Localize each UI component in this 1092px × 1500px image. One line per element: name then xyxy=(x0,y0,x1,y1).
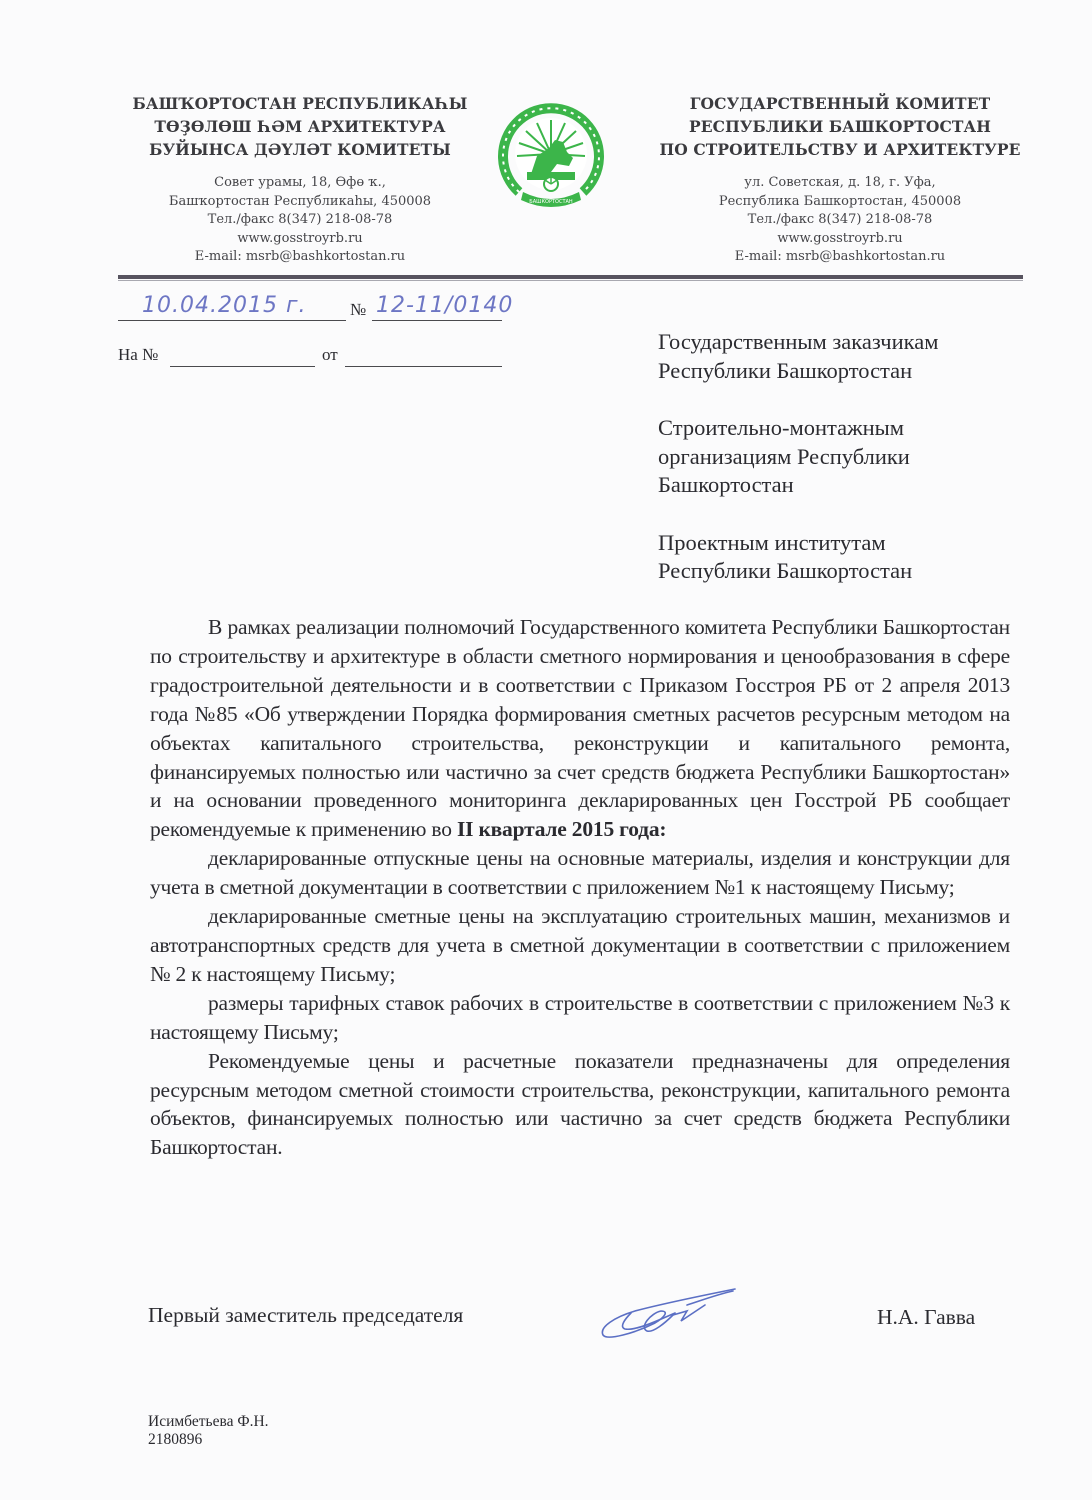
letterhead-right-address: ул. Советская, д. 18, г. Уфа, Республика… xyxy=(640,174,1040,267)
addressee-design-institutes: Проектным институтам Республики Башкорто… xyxy=(658,529,1038,586)
letterhead-left-title: БАШҠОРТОСТАН РЕСПУБЛИКАҺЫ ТӨҘӨЛӨШ ҺӘМ АР… xyxy=(100,92,500,161)
letterhead-right-title: ГОСУДАРСТВЕННЫЙ КОМИТЕТ РЕСПУБЛИКИ БАШКО… xyxy=(640,92,1040,161)
from-label: от xyxy=(322,345,338,365)
signer-name: Н.А. Гавва xyxy=(877,1305,975,1330)
handwritten-signature-icon xyxy=(595,1283,745,1343)
addressee-block: Государственным заказчикам Республики Ба… xyxy=(658,328,1038,615)
quarter-heading: II квартале 2015 года: xyxy=(457,817,666,841)
letter-body: В рамках реализации полномочий Государст… xyxy=(150,613,1010,1162)
item-materials: декларированные отпускные цены на основн… xyxy=(150,844,1010,902)
item-machines: декларированные сметные цены на эксплуат… xyxy=(150,902,1010,989)
executor-block: Исимбетьева Ф.Н. 2180896 xyxy=(148,1413,269,1449)
item-tariffs: размеры тарифных ставок рабочих в строит… xyxy=(150,989,1010,1047)
reply-to-field[interactable] xyxy=(170,366,315,367)
letterhead-left-address: Совет урамы, 18, Өфө ҡ., Башҡортостан Ре… xyxy=(100,174,500,267)
letterhead-right: ГОСУДАРСТВЕННЫЙ КОМИТЕТ РЕСПУБЛИКИ БАШКО… xyxy=(640,92,1040,267)
header-divider xyxy=(118,275,1023,279)
addressee-construction-orgs: Строительно-монтажным организациям Респу… xyxy=(658,414,1038,500)
outgoing-date: 10.04.2015 г. xyxy=(142,293,307,318)
letterhead-left: БАШҠОРТОСТАН РЕСПУБЛИКАҺЫ ТӨҘӨЛӨШ ҺӘМ АР… xyxy=(100,92,500,267)
coat-of-arms-icon: БАШКОРТОСТАН xyxy=(497,96,605,214)
intro-paragraph: В рамках реализации полномочий Государст… xyxy=(150,613,1010,844)
from-date-field[interactable] xyxy=(345,366,502,367)
svg-text:БАШКОРТОСТАН: БАШКОРТОСТАН xyxy=(529,199,573,205)
addressee-state-customers: Государственным заказчикам Республики Ба… xyxy=(658,328,1038,385)
date-underline xyxy=(118,320,346,321)
executor-phone: 2180896 xyxy=(148,1431,269,1449)
email-link-right[interactable]: E-mail: msrb@bashkortostan.ru xyxy=(640,248,1040,267)
number-underline xyxy=(372,320,502,321)
email-link-left[interactable]: E-mail: msrb@bashkortostan.ru xyxy=(100,248,500,267)
executor-name: Исимбетьева Ф.Н. xyxy=(148,1413,269,1431)
number-label: № xyxy=(350,300,366,320)
header-divider-thin xyxy=(118,280,1023,281)
outgoing-number: 12-11/0140 xyxy=(376,293,513,318)
final-paragraph: Рекомендуемые цены и расчетные показател… xyxy=(150,1047,1010,1163)
signer-position: Первый заместитель председателя xyxy=(148,1303,463,1328)
website-link-left[interactable]: www.gosstroyrb.ru xyxy=(100,230,500,249)
reply-to-label: На № xyxy=(118,345,158,365)
website-link-right[interactable]: www.gosstroyrb.ru xyxy=(640,230,1040,249)
